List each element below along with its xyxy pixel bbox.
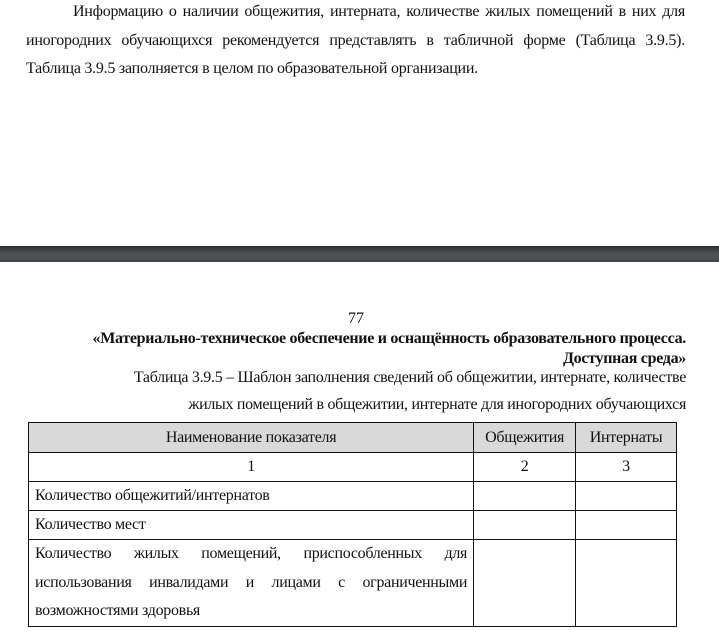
document-page-lower: 77 «Материально-техническое обеспечение … (0, 262, 719, 634)
dormitory-table: Наименование показателя Общежития Интерн… (28, 422, 677, 627)
header-boarding-schools: Интернаты (576, 423, 677, 453)
page-separator (0, 246, 719, 262)
section-title-line-2: Доступная среда» (40, 349, 686, 369)
section-title-line-1: «Материально-техническое обеспечение и о… (40, 329, 686, 349)
table-caption-line-1: Таблица 3.9.5 – Шаблон заполнения сведен… (40, 368, 686, 388)
indicator-cell: Количество жилых помещений, приспособлен… (29, 540, 474, 627)
column-number-1: 1 (29, 453, 474, 482)
document-page-upper: Информацию о наличии общежития, интернат… (0, 0, 719, 246)
table-row: Количество жилых помещений, приспособлен… (29, 540, 677, 627)
header-indicator-name: Наименование показателя (29, 423, 474, 453)
dormitories-value-cell (474, 511, 576, 540)
table-row: Количество общежитий/интернатов (29, 482, 677, 511)
boarding-schools-value-cell (576, 482, 677, 511)
dormitories-value-cell (474, 482, 576, 511)
table-caption-line-2: жилых помещений в общежитии, интернате д… (40, 395, 686, 415)
table-column-numbers-row: 1 2 3 (29, 453, 677, 482)
boarding-schools-value-cell (576, 511, 677, 540)
page-number: 77 (0, 309, 712, 329)
indicator-cell: Количество мест (29, 511, 474, 540)
intro-paragraph: Информацию о наличии общежития, интернат… (26, 0, 685, 84)
boarding-schools-value-cell (576, 540, 677, 627)
table-header-row: Наименование показателя Общежития Интерн… (29, 423, 677, 453)
table-row: Количество мест (29, 511, 677, 540)
section-title: «Материально-техническое обеспечение и о… (40, 329, 686, 368)
indicator-cell: Количество общежитий/интернатов (29, 482, 474, 511)
header-dormitories: Общежития (474, 423, 576, 453)
column-number-2: 2 (474, 453, 576, 482)
dormitories-value-cell (474, 540, 576, 627)
column-number-3: 3 (576, 453, 677, 482)
